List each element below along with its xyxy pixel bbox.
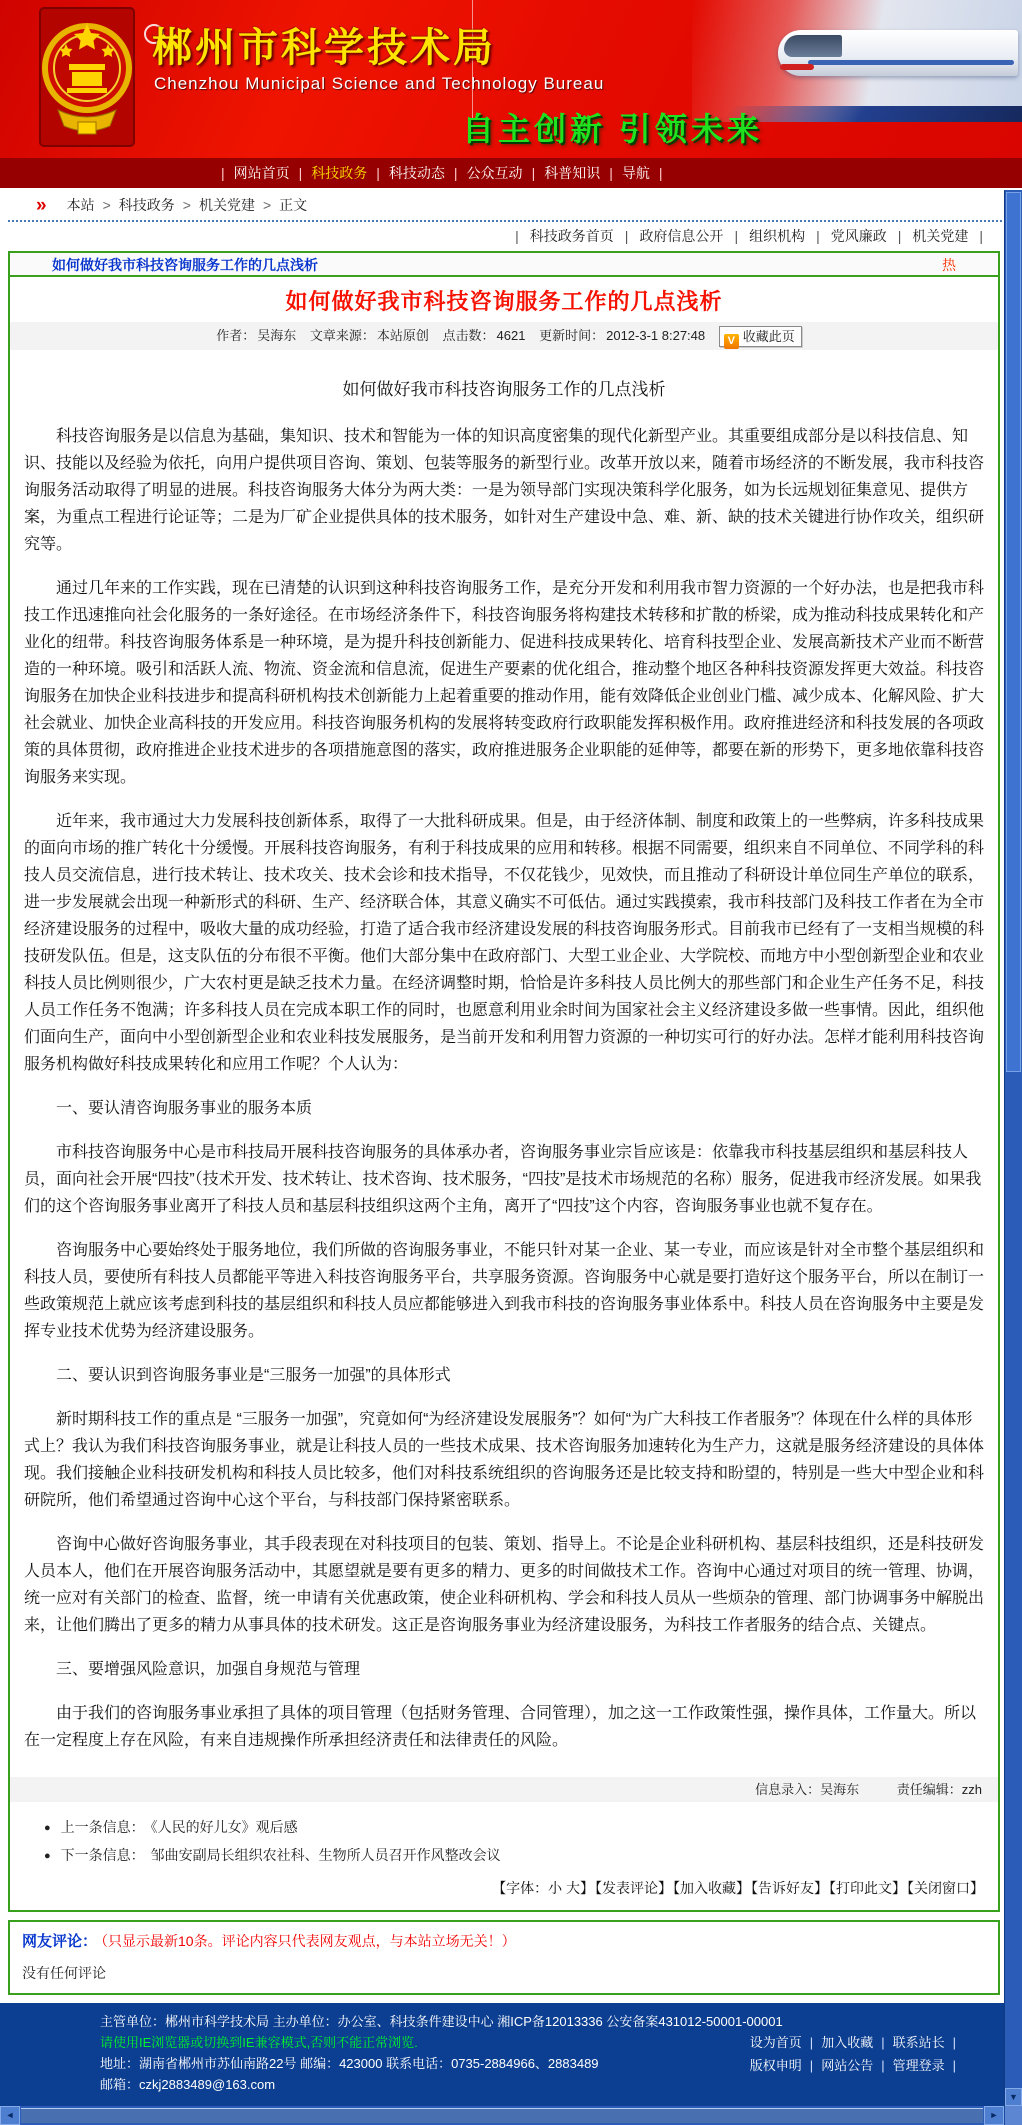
main-nav: |网站首页|科技政务|科技动态|公众互动|科普知识|导航| [0,158,1022,188]
main-nav-item-2[interactable]: 科技政务 [311,165,367,181]
prev-next-label: 下一条信息： [61,1847,145,1863]
page: { "header": { "site_title": "郴州市科学技术局", … [0,0,1022,2125]
article-control-5[interactable]: 【打印此文】 [829,1880,906,1896]
hits-value: 4621 [497,328,526,343]
updated-value: 2012-3-1 8:27:48 [606,328,705,343]
prev-next-list: ●上一条信息：《人民的好儿女》观后感●下一条信息：邹曲安副局长组织农社科、生物所… [10,1802,998,1872]
footer-line4: 邮箱：czkj2883489@163.com [100,2074,1022,2095]
breadcrumb-separator: > [103,197,111,213]
nav-separator: | [299,165,303,181]
article-list-title-link[interactable]: 如何做好我市科技咨询服务工作的几点浅析 [52,257,318,273]
article-list-titlebar: 如何做好我市科技咨询服务工作的几点浅析 热 [10,253,998,277]
article-paragraph: 通过几年来的工作实践，现在已清楚的认识到这种科技咨询服务工作，是充分开发和利用我… [24,575,984,791]
breadcrumb-item-3[interactable]: 机关党建 [199,197,255,213]
prev-next-item-2: ●下一条信息：邹曲安副局长组织农社科、生物所人员召开作风整改会议 [44,1842,998,1870]
prev-next-item-1: ●上一条信息：《人民的好儿女》观后感 [44,1814,998,1842]
article-paragraph: 咨询服务中心要始终处于服务地位，我们所做的咨询服务事业，不能只针对某一企业、某一… [24,1237,984,1345]
comments-note: （只显示最新10条。评论内容只代表网友观点，与本站立场无关！） [101,1933,516,1949]
bookmark-label: 收藏此页 [743,329,795,344]
footer-link[interactable]: 联系站长 [893,2035,945,2050]
article-section-heading: 三、要增强风险意识，加强自身规范与管理 [24,1656,984,1683]
breadcrumb-items: 本站>科技政务>机关党建>正文 [67,197,308,213]
subnav-separator: | [515,228,519,244]
comments-title: 网友评论： [22,1933,97,1950]
train-stripe [808,60,1014,65]
scroll-down-arrow-icon[interactable]: ▼ [1005,2088,1022,2106]
main-nav-item-3[interactable]: 科技动态 [389,165,445,181]
author-label: 作者： [216,328,255,343]
train-track [722,106,1022,122]
horizontal-scrollbar-track[interactable] [21,2108,983,2123]
editor-value: zzh [962,1782,982,1797]
comments-empty-text: 没有任何评论 [22,1963,986,1983]
breadcrumb-item-2[interactable]: 科技政务 [119,197,175,213]
article-paragraph: 近年来，我市通过大力发展科技创新体系，取得了一大批科研成果。但是，由于经济体制、… [24,808,984,1078]
footer-links-row2: 版权申明|网站公告|管理登录| [750,2054,964,2077]
site-header: 郴州市科学技术局 Chenzhou Municipal Science and … [0,0,1022,158]
subnav-separator: | [979,228,983,244]
recorder-value: 吴海东 [820,1782,859,1797]
author-value: 吴海东 [257,328,296,343]
footer-link[interactable]: 网站公告 [821,2058,873,2073]
hits-label: 点击数： [443,328,495,343]
main-nav-item-6[interactable]: 导航 [622,165,650,181]
vertical-scrollbar[interactable]: ▼ [1004,190,1022,2106]
article-paragraphs: 科技咨询服务是以信息为基础，集知识、技术和智能为一体的知识高度密集的现代化新型产… [24,423,984,1754]
article-control-4[interactable]: 【告诉好友】 [751,1880,828,1896]
subnav-separator: | [898,228,902,244]
footer-link-separator: | [810,2035,813,2050]
sub-nav-item-3[interactable]: 组织机构 [749,228,805,244]
nav-separator: | [532,165,536,181]
vertical-scrollbar-thumb[interactable] [1006,192,1021,1072]
article-control-2[interactable]: 【发表评论】 [595,1880,672,1896]
nav-separator: | [221,165,225,181]
footer-links: 设为首页|加入收藏|联系站长| 版权申明|网站公告|管理登录| [750,2031,964,2077]
breadcrumb-item-4: 正文 [279,197,307,213]
article-paragraph: 市科技咨询服务中心是市科技局开展科技咨询服务的具体承办者，咨询服务事业宗旨应该是… [24,1139,984,1220]
main-nav-item-1[interactable]: 网站首页 [234,165,290,181]
sub-nav-item-4[interactable]: 党风廉政 [831,228,887,244]
entry-info: 信息录入：吴海东 责任编辑：zzh [10,1777,998,1802]
site-title: 郴州市科学技术局 [152,16,496,73]
breadcrumb-separator: > [183,197,191,213]
article-title: 如何做好我市科技咨询服务工作的几点浅析 [10,277,998,322]
source-value: 本站原创 [377,328,429,343]
recorder-label: 信息录入： [755,1782,820,1797]
article-control-1[interactable]: 【字体：小 大】 [492,1880,594,1896]
footer-link[interactable]: 加入收藏 [821,2035,873,2050]
footer-link-separator: | [953,2035,956,2050]
article-control-6[interactable]: 【关闭窗口】 [907,1880,984,1896]
updated-label: 更新时间： [539,328,604,343]
subnav-separator: | [734,228,738,244]
bullet-icon: ● [44,1850,51,1862]
train-icon [778,30,1018,76]
hot-badge: 热 [942,253,956,277]
breadcrumb-separator: > [263,197,271,213]
scroll-left-arrow-icon[interactable]: ◄ [0,2106,20,2125]
scrollbar-corner [1004,2106,1022,2125]
prev-next-link[interactable]: 《人民的好儿女》观后感 [151,1819,298,1835]
footer-line1: 主管单位：郴州市科学技术局 主办单位：办公室、科技条件建设中心 湘ICP备120… [100,2011,1022,2032]
editor-label: 责任编辑： [897,1782,962,1797]
nav-separator: | [659,165,663,181]
bookmark-v-icon: V [724,334,739,349]
main-nav-item-4[interactable]: 公众互动 [467,165,523,181]
china-national-emblem-icon [38,6,136,153]
comments-box: 网友评论：（只显示最新10条。评论内容只代表网友观点，与本站立场无关！） 没有任… [8,1920,1000,1995]
horizontal-scrollbar[interactable]: ◄ ► [0,2106,1004,2125]
prev-next-link[interactable]: 邹曲安副局长组织农社科、生物所人员召开作风整改会议 [151,1847,501,1863]
nav-separator: | [376,165,380,181]
article-section-heading: 二、要认识到咨询服务事业是“三服务一加强”的具体形式 [24,1362,984,1389]
sub-nav: |科技政务首页|政府信息公开|组织机构|党风廉政|机关党建| [0,223,1022,249]
article-paragraph: 科技咨询服务是以信息为基础，集知识、技术和智能为一体的知识高度密集的现代化新型产… [24,423,984,558]
sub-nav-item-2[interactable]: 政府信息公开 [639,228,723,244]
bullet-icon: ● [44,1822,51,1834]
scroll-right-arrow-icon[interactable]: ► [984,2106,1004,2125]
breadcrumb-arrows-icon: » [36,195,47,216]
article-controls: 【字体：小 大】【发表评论】【加入收藏】【告诉好友】【打印此文】【关闭窗口】 [10,1872,998,1910]
breadcrumb-item-1[interactable]: 本站 [67,197,95,213]
site-slogan: 自主创新 引领未来 [462,104,763,150]
article-control-3[interactable]: 【加入收藏】 [673,1880,750,1896]
subnav-separator: | [816,228,820,244]
article-meta: 作者：吴海东 文章来源：本站原创 点击数：4621 更新时间：2012-3-1 … [10,322,998,350]
train-nose [780,64,814,70]
footer-link-separator: | [881,2035,884,2050]
footer-link-separator: | [810,2058,813,2073]
footer-link-separator: | [953,2058,956,2073]
footer-links-row1: 设为首页|加入收藏|联系站长| [750,2031,964,2054]
article-section-heading: 一、要认清咨询服务事业的服务本质 [24,1095,984,1122]
footer-link[interactable]: 管理登录 [893,2058,945,2073]
source-label: 文章来源： [310,328,375,343]
sub-nav-item-1[interactable]: 科技政务首页 [530,228,614,244]
subnav-separator: | [625,228,629,244]
footer-link[interactable]: 设为首页 [750,2035,802,2050]
prev-next-label: 上一条信息： [61,1819,145,1835]
article-paragraph: 咨询中心做好咨询服务事业，其手段表现在对科技项目的包装、策划、指导上。不论是企业… [24,1531,984,1639]
footer-link[interactable]: 版权申明 [750,2058,802,2073]
article-body-heading: 如何做好我市科技咨询服务工作的几点浅析 [24,376,984,403]
article-paragraph: 由于我们的咨询服务事业承担了具体的项目管理（包括财务管理、合同管理），加之这一工… [24,1700,984,1754]
article-body: 如何做好我市科技咨询服务工作的几点浅析 科技咨询服务是以信息为基础，集知识、技术… [10,350,998,1777]
footer-link-separator: | [881,2058,884,2073]
site-subtitle: Chenzhou Municipal Science and Technolog… [154,74,604,94]
train-windshield [784,35,842,57]
article-box: 如何做好我市科技咨询服务工作的几点浅析 热 如何做好我市科技咨询服务工作的几点浅… [8,251,1000,1912]
comments-header: 网友评论：（只显示最新10条。评论内容只代表网友观点，与本站立场无关！） [22,1930,986,1951]
nav-separator: | [454,165,458,181]
breadcrumb: »本站>科技政务>机关党建>正文 [0,192,1022,218]
nav-separator: | [609,165,613,181]
article-paragraph: 新时期科技工作的重点是 “三服务一加强”，究竟如何“为经济建设发展服务”？如何“… [24,1406,984,1514]
sub-nav-item-5[interactable]: 机关党建 [912,228,968,244]
bookmark-page-button[interactable]: V收藏此页 [719,326,802,347]
main-nav-item-5[interactable]: 科普知识 [544,165,600,181]
